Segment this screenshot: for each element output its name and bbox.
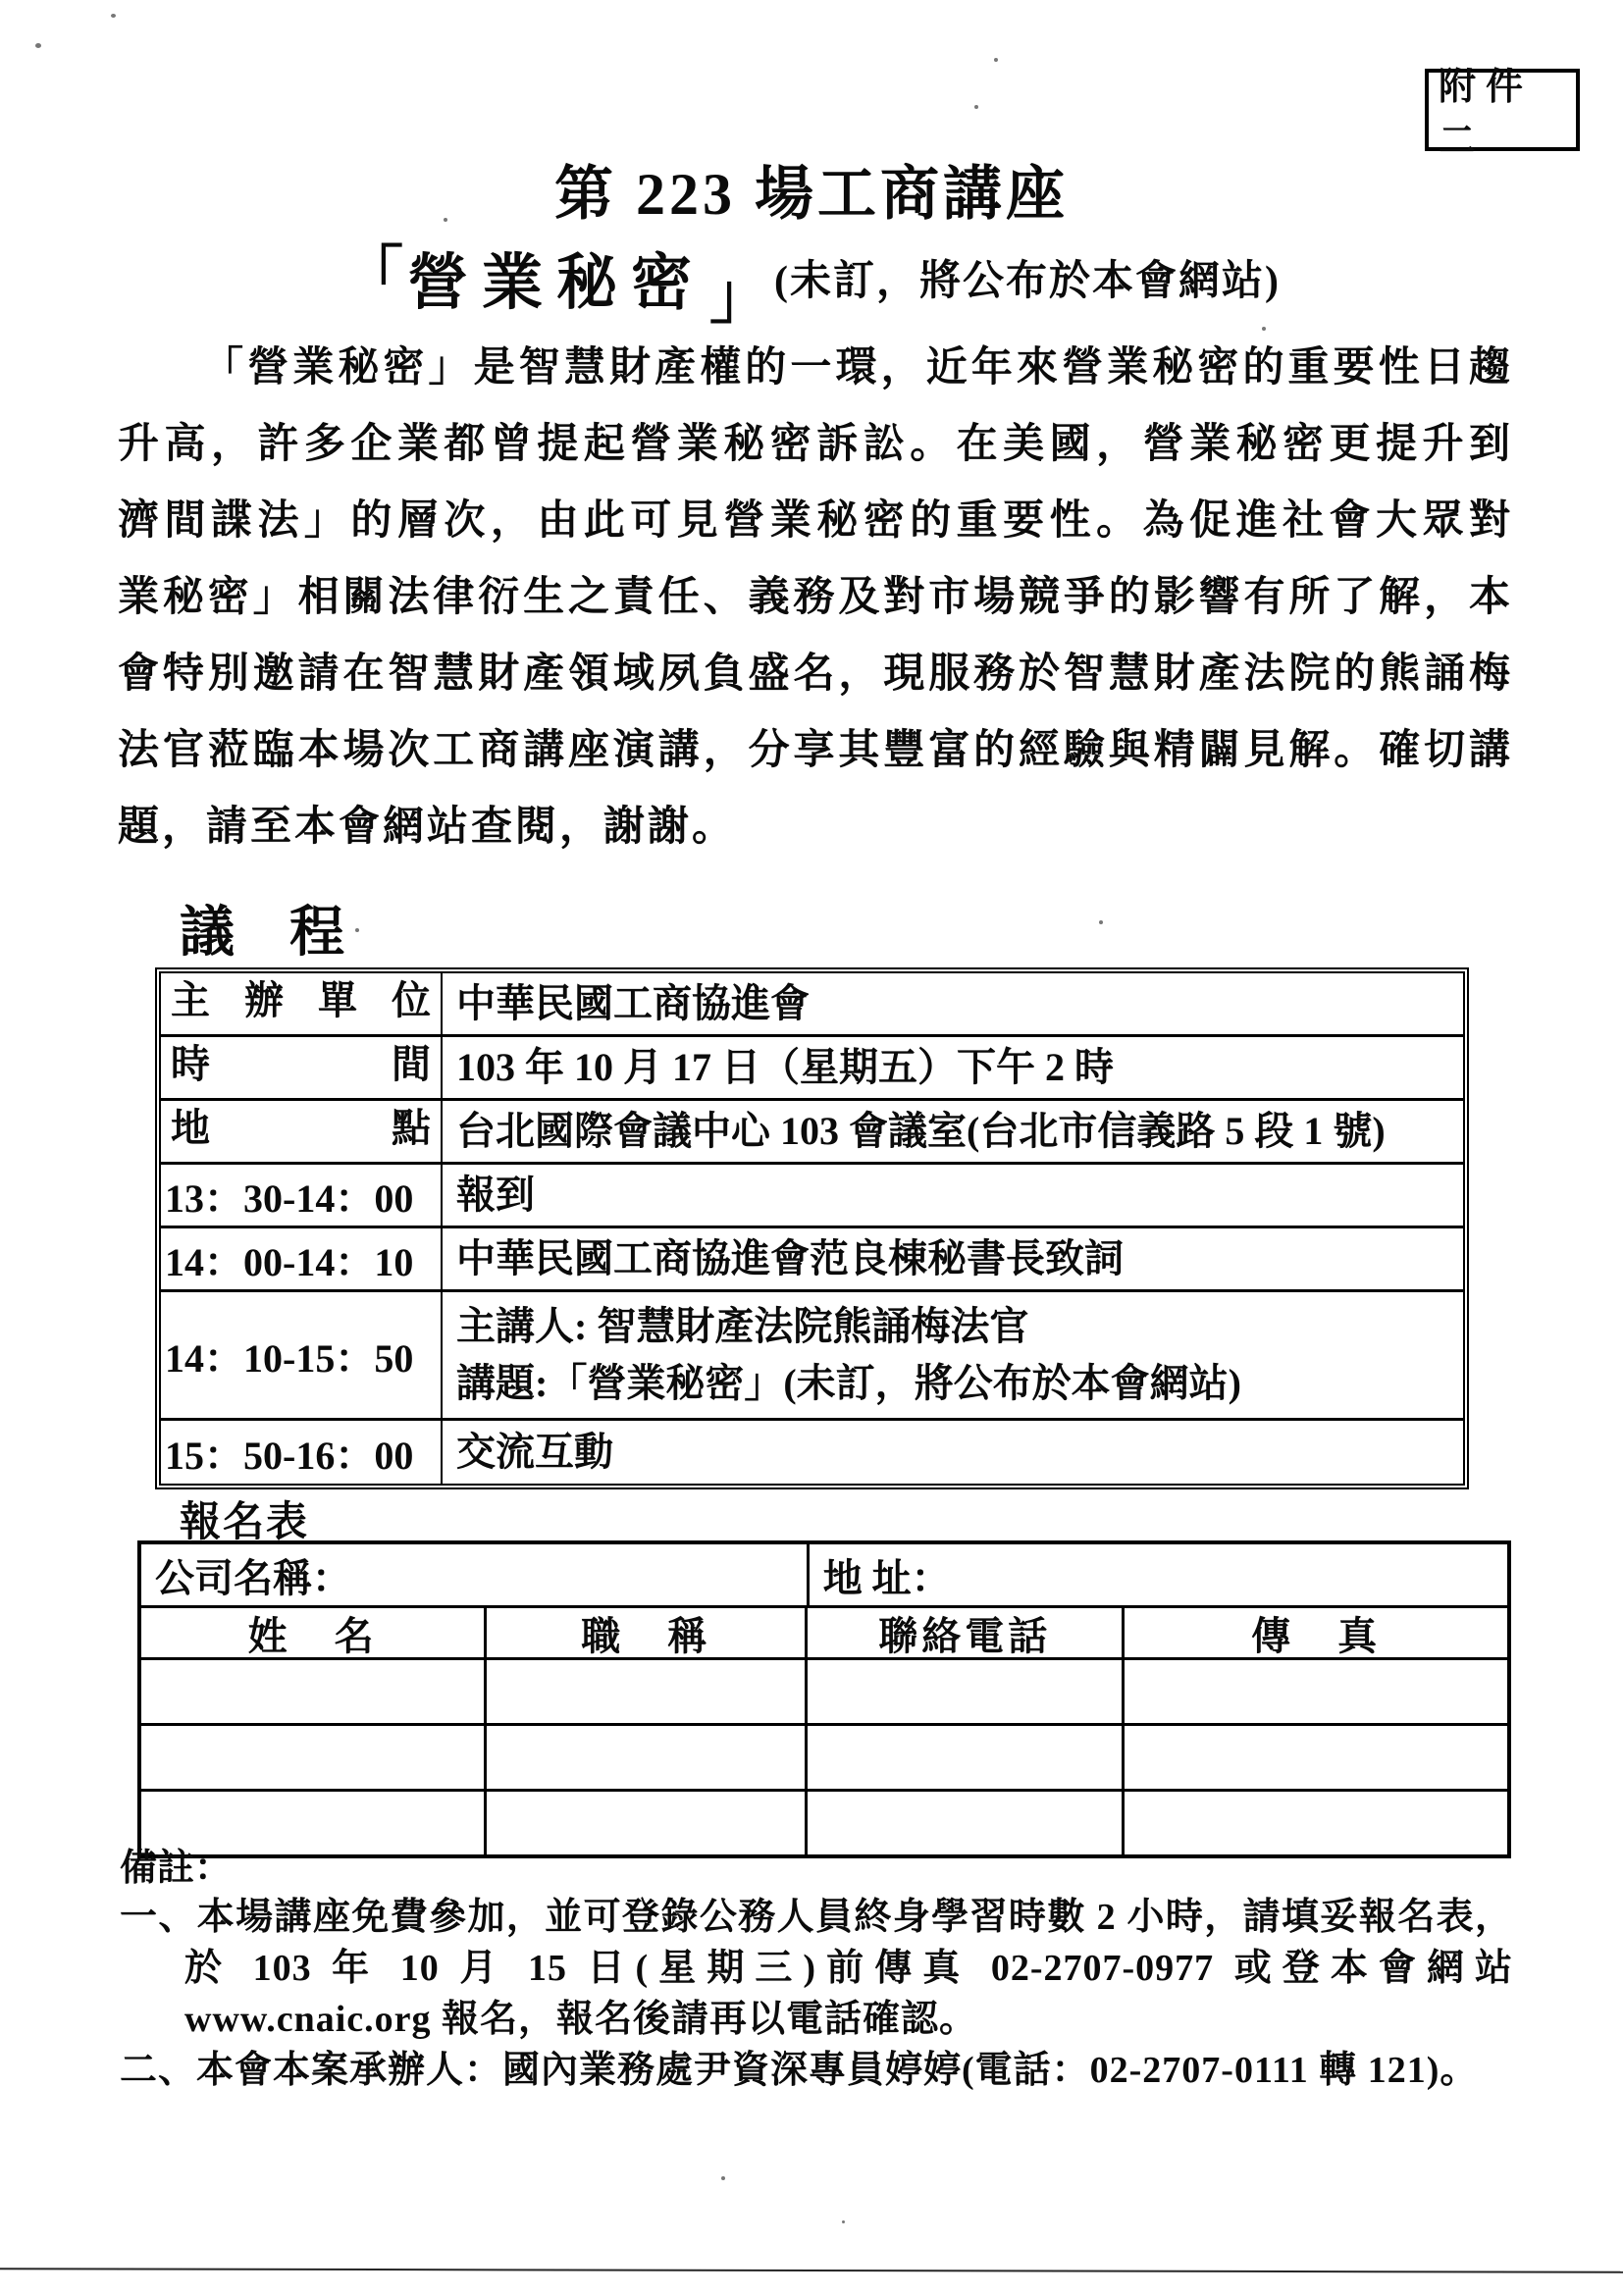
agenda-row-label: 地點 [161, 1101, 443, 1162]
intro-line: 題，請至本會網站查閱，謝謝。 [118, 789, 1513, 865]
column-header-title: 職 稱 [487, 1608, 808, 1657]
registration-company-row: 公司名稱： 地 址： [141, 1544, 1507, 1605]
scan-speckle [842, 2220, 845, 2223]
column-header-name: 姓 名 [141, 1608, 487, 1657]
registration-cell-empty [1125, 1726, 1507, 1789]
agenda-row-organizer: 主辦單位 中華民國工商協進會 [161, 973, 1463, 1034]
scanned-document-page: 附件二 第 223 場工商講座 「 營業秘密 」 (未訂，將公布於本會網站) 「… [0, 0, 1623, 2296]
agenda-row-label: 14：00-14：10 [161, 1228, 443, 1289]
company-name-label: 公司名稱： [141, 1544, 810, 1605]
attachment-tag: 附件二 [1425, 69, 1580, 151]
registration-cell-empty [141, 1660, 487, 1723]
intro-line: 業秘密」相關法律衍生之責任、義務及對市場競爭的影響有所了解，本 [118, 559, 1513, 636]
registration-empty-row [141, 1657, 1507, 1723]
scan-speckle [35, 43, 41, 48]
note-line: 一、本場講座免費參加，並可登錄公務人員終身學習時數 2 小時，請填妥報名表， [120, 1892, 1513, 1943]
intro-line: 法官蒞臨本場次工商講座演講，分享其豐富的經驗與精闢見解。確切講 [118, 712, 1513, 789]
note-line: 於 103 年 10 月 15 日(星期三)前傳真 02-2707-0977 或… [120, 1943, 1513, 1994]
agenda-row-label: 13：30-14：00 [161, 1165, 443, 1226]
agenda-row-time: 時間 103 年 10 月 17 日（星期五）下午 2 時 [161, 1034, 1463, 1098]
scan-artifact-line [0, 2268, 1623, 2272]
page-title: 第 223 場工商講座 [0, 147, 1623, 232]
agenda-table: 主辦單位 中華民國工商協進會 時間 103 年 10 月 17 日（星期五）下午… [155, 967, 1469, 1489]
subtitle-close-bracket: 」 [709, 247, 770, 335]
agenda-row-value: 交流互動 [443, 1421, 1463, 1484]
registration-cell-empty [487, 1660, 808, 1723]
scan-speckle [721, 2176, 725, 2180]
agenda-row-value: 103 年 10 月 17 日（星期五）下午 2 時 [443, 1037, 1463, 1098]
registration-cell-empty [1125, 1660, 1507, 1723]
agenda-row-lecture: 14：10-15：50 主講人: 智慧財產法院熊誦梅法官 講題:「營業秘密」(未… [161, 1289, 1463, 1418]
scan-speckle [111, 14, 116, 18]
subtitle-topic: 營業秘密 [407, 234, 706, 321]
registration-cell-empty [808, 1660, 1125, 1723]
notes-section: 備註： 一、本場講座免費參加，並可登錄公務人員終身學習時數 2 小時，請填妥報名… [120, 1845, 1513, 2096]
column-header-fax: 傳 真 [1125, 1608, 1507, 1657]
page-subtitle: 「 營業秘密 」 (未訂，將公布於本會網站) [0, 234, 1623, 321]
intro-line: 會特別邀請在智慧財產領域夙負盛名，現服務於智慧財產法院的熊誦梅 [118, 636, 1513, 712]
registration-heading: 報名表 [180, 1489, 309, 1548]
registration-cell-empty [808, 1726, 1125, 1789]
agenda-row-discussion: 15：50-16：00 交流互動 [161, 1418, 1463, 1484]
agenda-row-checkin: 13：30-14：00 報到 [161, 1162, 1463, 1226]
intro-line: 升高，許多企業都曾提起營業秘密訴訟。在美國，營業秘密更提升到「經 [118, 406, 1513, 483]
agenda-row-value: 台北國際會議中心 103 會議室(台北市信義路 5 段 1 號) [443, 1101, 1463, 1162]
subtitle-open-bracket: 「 [342, 226, 403, 313]
agenda-row-opening: 14：00-14：10 中華民國工商協進會范良棟秘書長致詞 [161, 1226, 1463, 1289]
agenda-row-value: 中華民國工商協進會范良棟秘書長致詞 [443, 1228, 1463, 1289]
agenda-row-place: 地點 台北國際會議中心 103 會議室(台北市信義路 5 段 1 號) [161, 1098, 1463, 1162]
agenda-row-label: 主辦單位 [161, 973, 443, 1034]
column-header-phone: 聯絡電話 [808, 1608, 1125, 1657]
scan-speckle [974, 105, 978, 109]
registration-table: 公司名稱： 地 址： 姓 名 職 稱 聯絡電話 傳 真 [137, 1540, 1511, 1858]
subtitle-note: (未訂，將公布於本會網站) [774, 248, 1281, 307]
agenda-row-value: 報到 [443, 1165, 1463, 1226]
intro-paragraph: 「營業秘密」是智慧財產權的一環，近年來營業秘密的重要性日趨 升高，許多企業都曾提… [118, 330, 1513, 865]
address-label: 地 址： [810, 1544, 1507, 1605]
intro-line: 「營業秘密」是智慧財產權的一環，近年來營業秘密的重要性日趨 [118, 330, 1513, 406]
agenda-row-label: 14：10-15：50 [161, 1292, 443, 1418]
note-line: www.cnaic.org 報名，報名後請再以電話確認。 [120, 1994, 1513, 2045]
agenda-row-label: 15：50-16：00 [161, 1421, 443, 1484]
registration-empty-row [141, 1723, 1507, 1789]
notes-label: 備註： [120, 1845, 1513, 1892]
scan-speckle [994, 58, 998, 62]
scan-speckle [355, 928, 359, 932]
scan-speckle [1099, 920, 1103, 924]
registration-cell-empty [141, 1726, 487, 1789]
intro-line: 濟間諜法」的層次，由此可見營業秘密的重要性。為促進社會大眾對「營 [118, 483, 1513, 559]
note-line: 二、本會本案承辦人：國內業務處尹資深專員婷婷(電話：02-2707-0111 轉… [120, 2045, 1513, 2096]
agenda-row-value: 主講人: 智慧財產法院熊誦梅法官 講題:「營業秘密」(未訂，將公布於本會網站) [443, 1292, 1463, 1418]
agenda-row-label: 時間 [161, 1037, 443, 1098]
agenda-row-value: 中華民國工商協進會 [443, 973, 1463, 1034]
registration-header-row: 姓 名 職 稱 聯絡電話 傳 真 [141, 1605, 1507, 1657]
agenda-heading: 議 程 [180, 889, 344, 967]
registration-cell-empty [487, 1726, 808, 1789]
